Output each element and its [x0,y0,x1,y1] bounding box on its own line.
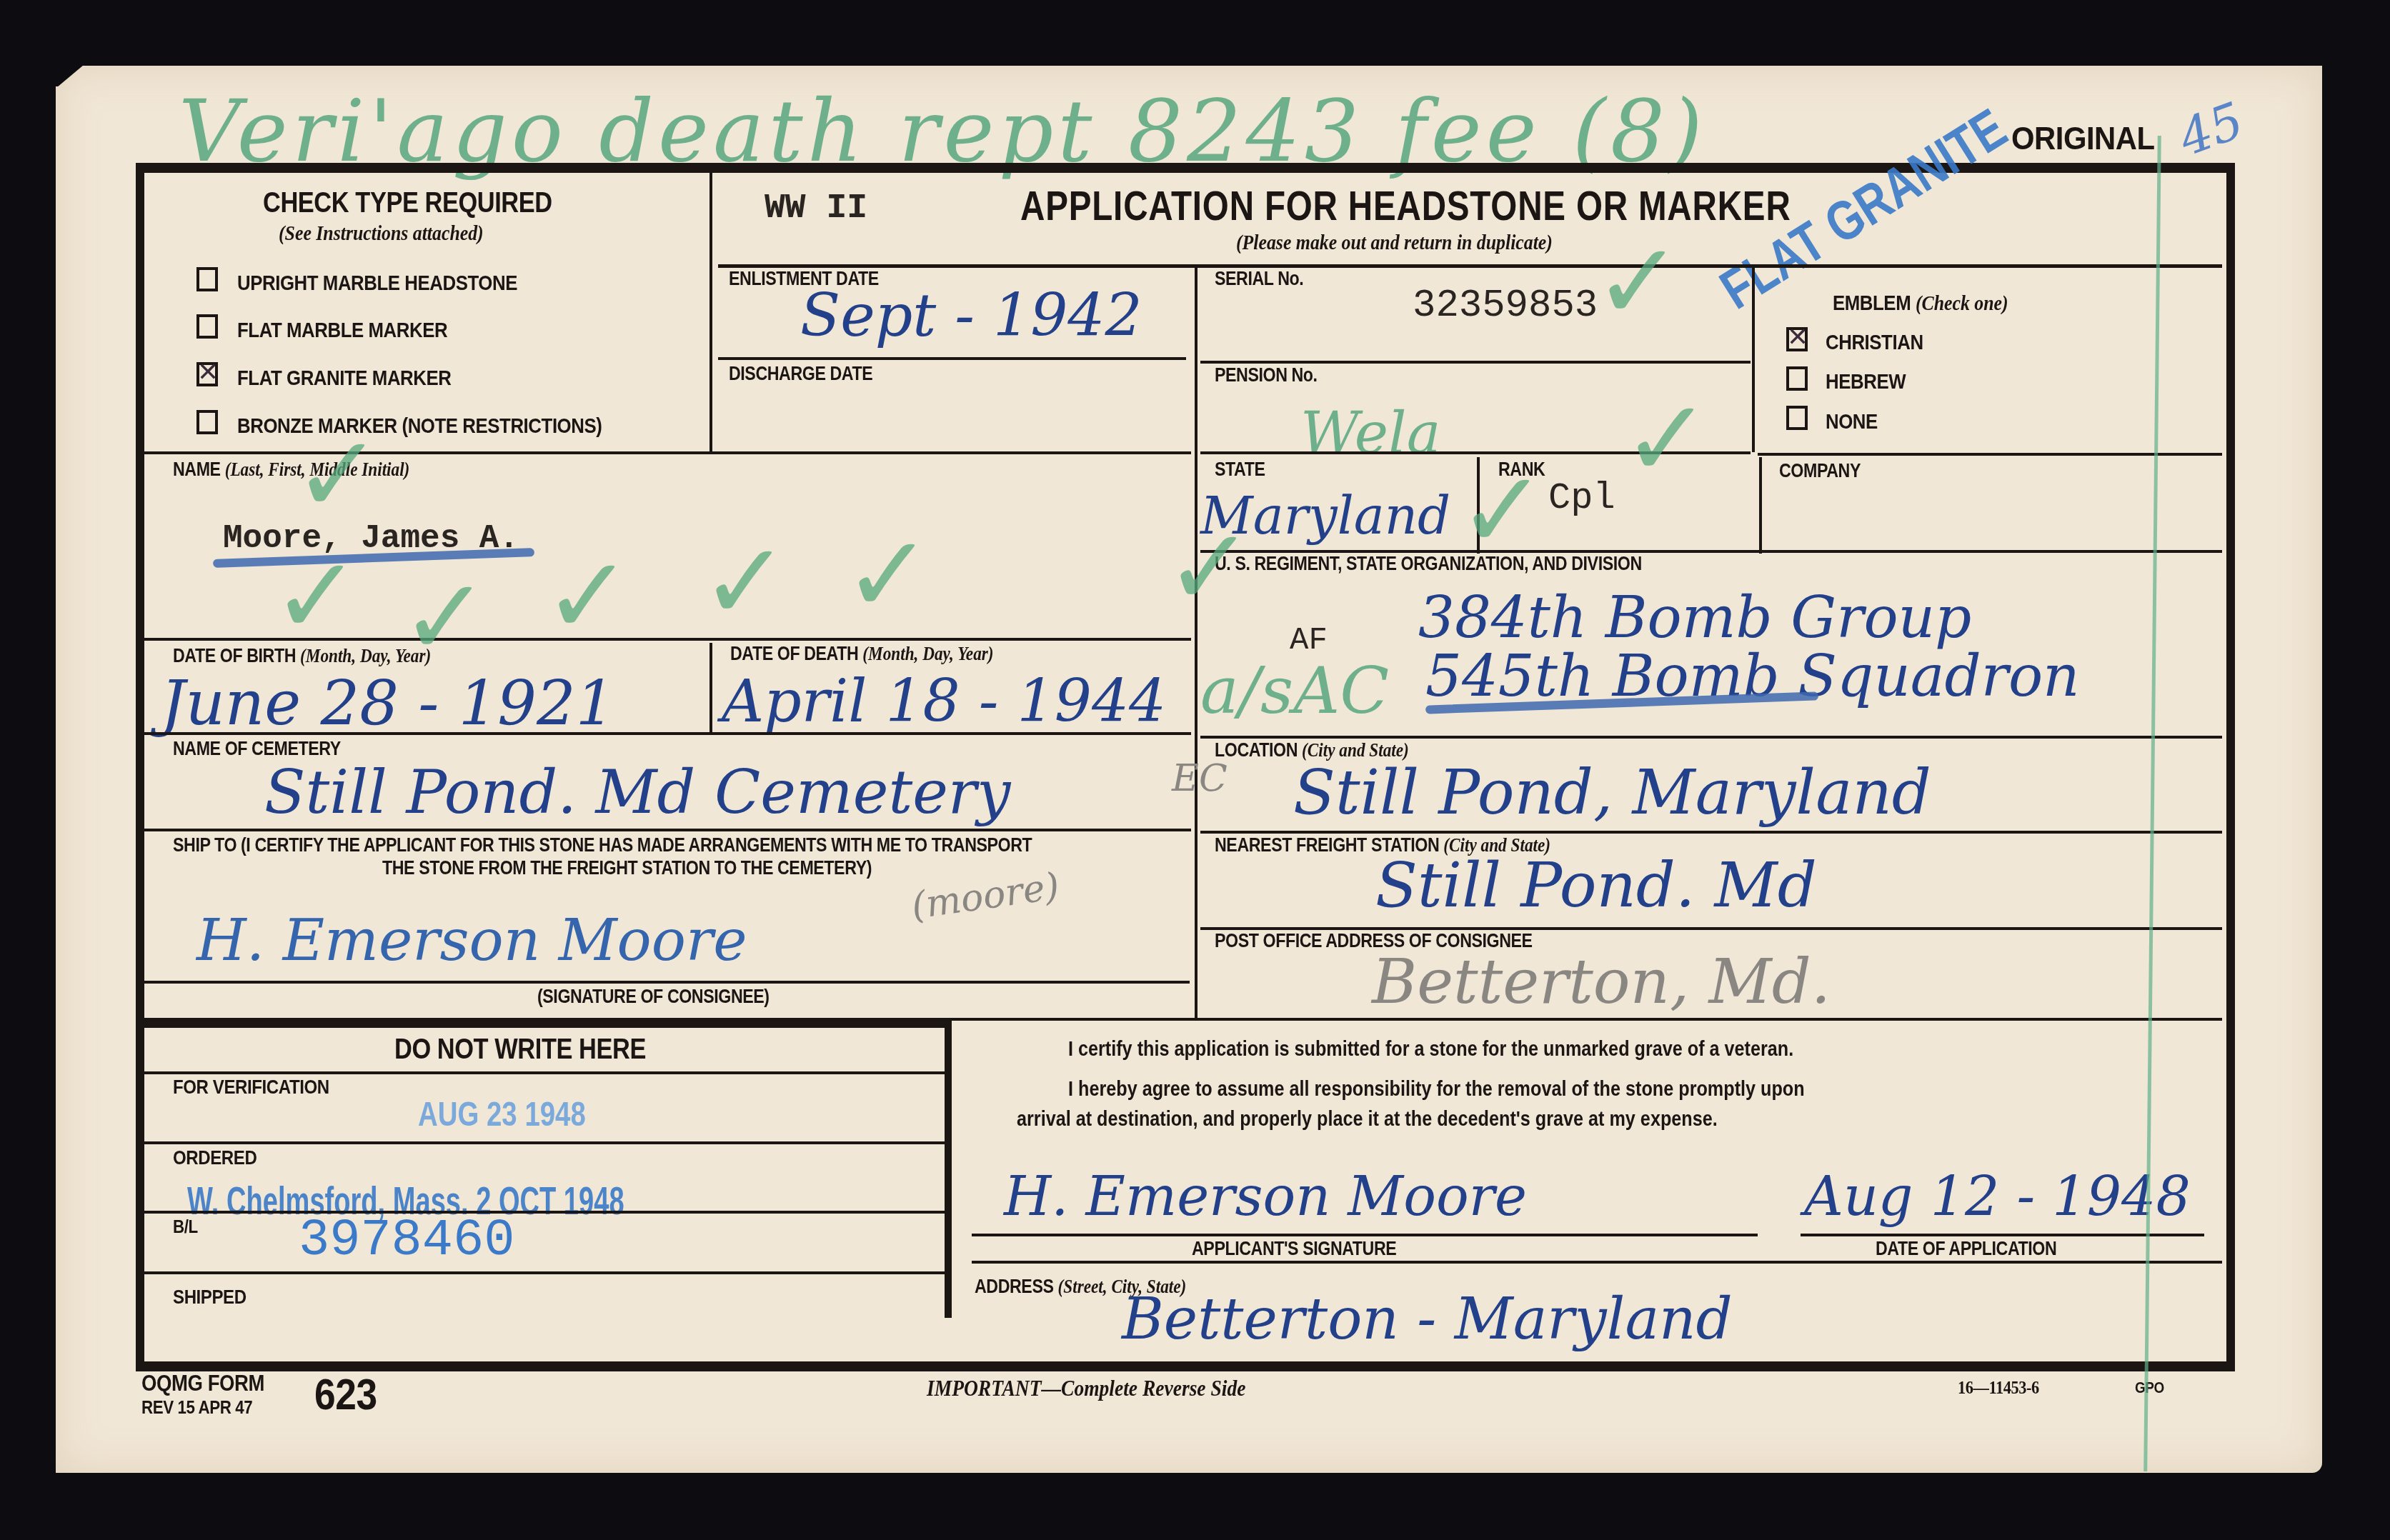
green-check-icon: ✓ [400,564,490,671]
checkbox-none[interactable] [1786,406,1808,430]
pension-no-value[interactable]: Wela [1300,400,1440,466]
regiment-label: U. S. REGIMENT, STATE ORGANIZATION, AND … [1215,553,1642,575]
checkbox-flat-granite[interactable] [196,362,218,386]
bl-label: B/L [173,1216,198,1238]
ww-label: WW II [765,189,867,228]
location-value[interactable]: Still Pond, Maryland [1293,757,1931,829]
divider-left-top [709,171,712,454]
office-box-right-border [945,1018,952,1318]
enlistment-date-value[interactable]: Sept - 1942 [800,282,1142,350]
for-verification-label: FOR VERIFICATION [173,1076,329,1099]
serial-no-value[interactable]: 32359853 [1413,284,1598,328]
emblem-hebrew: HEBREW [1826,370,1906,394]
certify-line-2: I hereby agree to assume all responsibil… [1068,1077,1805,1101]
checkbox-christian[interactable] [1786,327,1808,351]
gpo-mark: GPO [2135,1379,2164,1397]
applicant-signature-line [972,1234,1758,1236]
state-label: STATE [1215,459,1265,481]
consignee-signature-line [143,981,1190,984]
green-check-icon: ✓ [1458,457,1548,564]
divider-mid [1195,268,1198,1018]
green-check-icon: ✓ [843,521,933,629]
divider-rank-company [1759,457,1762,554]
applicant-signature-value[interactable]: H. Emerson Moore [1004,1164,1527,1228]
green-check-icon: ✓ [293,421,383,529]
address-top-rule [972,1261,2222,1264]
date-of-application-value[interactable]: Aug 12 - 1948 [1804,1164,2191,1228]
rank-value[interactable]: Cpl [1548,477,1615,519]
form-number: 623 [314,1369,377,1420]
ship-to-label-line2: THE STONE FROM THE FREIGHT STATION TO TH… [382,857,872,879]
office-box-top-rule [144,1018,952,1028]
check-type-subheading: (See Instructions attached) [279,221,484,246]
header-rule [718,264,2222,268]
enlistment-rule [718,357,1186,360]
verification-rule [144,1141,945,1144]
verification-stamp: AUG 23 1948 [418,1095,586,1134]
option-bronze: BRONZE MARKER (NOTE RESTRICTIONS) [237,414,602,439]
green-check-icon: ✓ [700,529,790,636]
serial-rule [1200,361,1751,364]
post-office-value[interactable]: Betterton, Md. [1372,946,1831,1018]
applicant-signature-label: APPLICANT'S SIGNATURE [1192,1238,1396,1260]
checkbox-bronze[interactable] [196,410,218,434]
checkbox-upright-marble[interactable] [196,267,218,291]
emblem-heading: EMBLEM (Check one) [1833,291,2008,316]
bl-rule [144,1271,945,1274]
ship-to-label: SHIP TO (I CERTIFY THE APPLICANT FOR THI… [173,834,1032,856]
ship-to-top-rule [144,829,1191,831]
important-note: IMPORTANT—Complete Reverse Side [927,1375,1245,1401]
date-of-death-label: DATE OF DEATH (Month, Day, Year) [730,643,994,665]
freight-top-rule [1200,831,2222,834]
regiment-line1[interactable]: 384th Bomb Group [1418,584,1971,651]
emblem-none: NONE [1826,410,1878,434]
print-code: 16—11453-6 [1958,1377,2039,1399]
serial-no-label: SERIAL No. [1215,268,1303,290]
form-subtitle: (Please make out and return in duplicate… [1236,231,1553,255]
cert-top-rule [950,1018,2222,1021]
cemetery-pencil-note: EC [1172,757,1228,800]
divider-dob-dod [709,643,712,732]
check-type-heading: CHECK TYPE REQUIRED [263,187,552,219]
checkbox-hebrew[interactable] [1786,366,1808,391]
green-check-icon: ✓ [543,543,633,650]
shipped-label: SHIPPED [173,1286,247,1309]
regiment-green-note: a/sAC [1200,654,1389,729]
green-check-icon: ✓ [1593,229,1683,336]
divider-emblem [1752,268,1755,452]
original-label: ORIGINAL [2011,121,2155,157]
green-check-icon: ✓ [1165,514,1255,621]
office-heading-rule [144,1071,945,1074]
green-check-icon: ✓ [272,543,362,650]
certify-line-1: I certify this application is submitted … [1068,1037,1793,1061]
form-id-line2: REV 15 APR 47 [141,1396,252,1419]
date-of-application-line [1801,1234,2204,1236]
freight-station-value[interactable]: Still Pond. Md [1375,850,1817,921]
certify-line-3: arrival at destination, and properly pla… [1017,1107,1718,1131]
option-upright-marble: UPRIGHT MARBLE HEADSTONE [237,271,517,296]
company-label: COMPANY [1779,460,1861,482]
date-of-death-value[interactable]: April 18 - 1944 [722,668,1166,736]
date-of-birth-value[interactable]: June 28 - 1921 [161,668,615,739]
ordered-label: ORDERED [173,1146,257,1169]
green-check-icon: ✓ [1622,386,1712,493]
option-flat-marble: FLAT MARBLE MARKER [237,319,447,343]
location-top-rule [1200,736,2222,739]
discharge-date-label: DISCHARGE DATE [729,363,872,385]
cemetery-top-rule [144,732,1191,735]
bl-stamp: 3978460 [299,1211,514,1270]
date-of-application-label: DATE OF APPLICATION [1876,1238,2056,1260]
address-value[interactable]: Betterton - Maryland [1122,1286,1733,1352]
office-use-heading: DO NOT WRITE HERE [394,1034,646,1066]
emblem-christian: CHRISTIAN [1826,331,1923,355]
cemetery-value[interactable]: Still Pond. Md Cemetery [264,757,1010,827]
ordered-rule [144,1211,945,1214]
ship-to-value[interactable]: H. Emerson Moore [196,907,747,974]
option-flat-granite: FLAT GRANITE MARKER [237,366,451,391]
consignee-signature-label: (SIGNATURE OF CONSIGNEE) [537,986,770,1008]
pension-no-label: PENSION No. [1215,364,1318,386]
checkbox-flat-marble[interactable] [196,314,218,339]
form-id-line1: OQMG FORM [141,1370,264,1396]
company-top-rule [1758,453,2222,456]
